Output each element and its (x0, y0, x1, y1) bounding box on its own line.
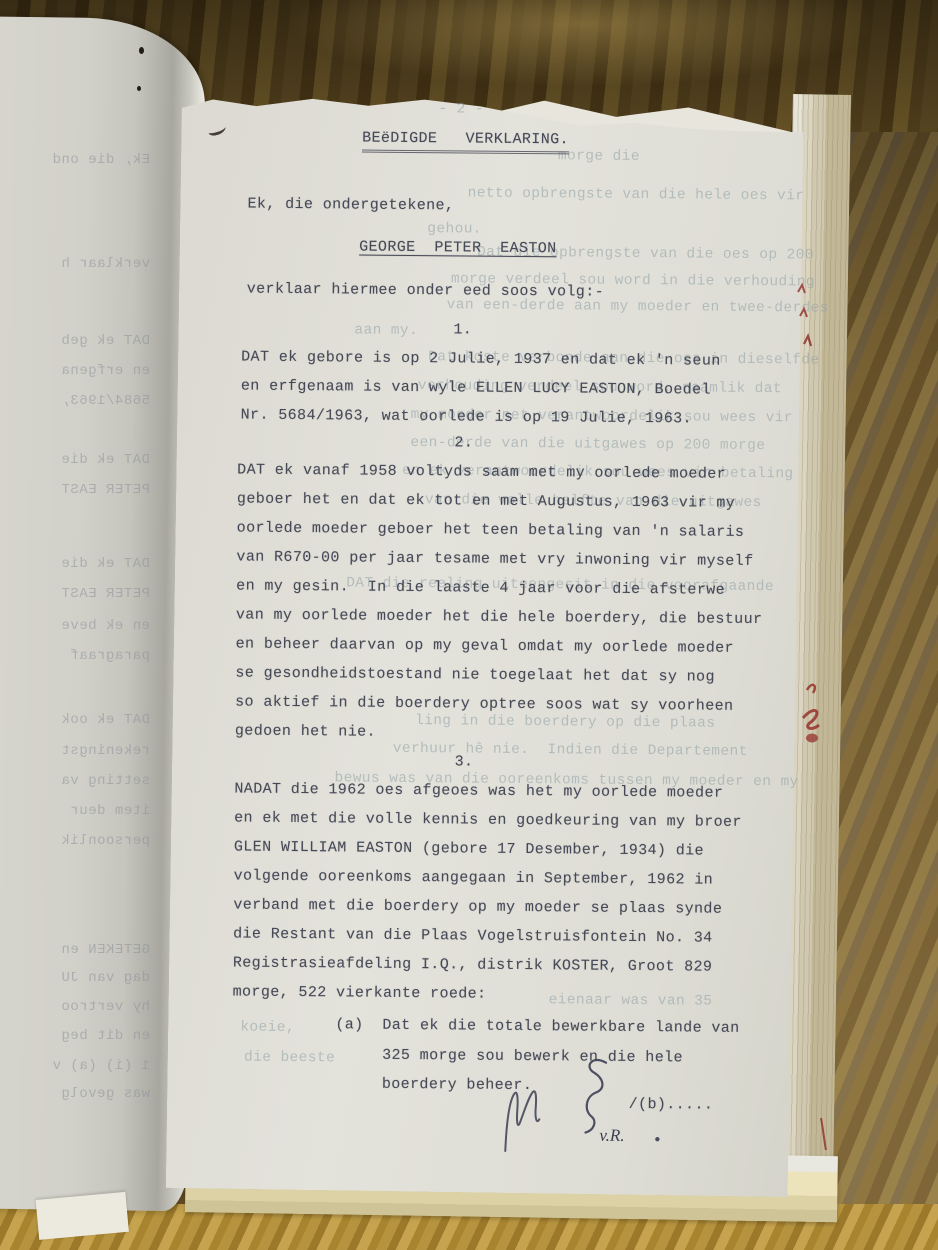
typed-line: BEëDIGDE VERKLARING. (362, 130, 569, 155)
photo-of-document: Ek, die ondverklaar hDAT ek geben erfgen… (0, 0, 938, 1250)
typed-text-layer: - 2 -morge dienetto opbrengste van die h… (0, 0, 938, 1250)
typed-line: van my oorlede moeder het die hele boerd… (236, 606, 763, 628)
typed-line: Registrasieafdeling I.Q., distrik KOSTER… (233, 954, 713, 975)
bleedthrough-line: ling in die boerdery op die plaas (415, 713, 715, 732)
bleedthrough-line: - 2 - (438, 101, 484, 117)
typed-line: GLEN WILLIAM EASTON (gebore 17 Desember,… (234, 838, 704, 859)
typed-line: so aktief in die boerdery optree soos wa… (235, 693, 733, 714)
dark-speck-1 (139, 47, 144, 54)
red-check-ticks (790, 282, 824, 362)
typed-line: DAT ek gebore is op 2 Julie, 1937 en dat… (241, 348, 721, 369)
bleedthrough-line: koeie, (240, 1020, 295, 1036)
typed-line: Ek, die ondergetekene, (247, 196, 454, 215)
typed-line: gedoen het nie. (235, 722, 376, 740)
typed-line: NADAT die 1962 oes afgeoes was het my oo… (234, 780, 723, 801)
typed-line: morge, 522 vierkante roede: (233, 983, 487, 1002)
typed-line: verband met die boerdery op my moeder se… (233, 896, 722, 917)
bleedthrough-line: netto opbrengste van die hele oes vir (468, 185, 805, 204)
dark-speck-2 (137, 86, 141, 91)
typed-line: en erfgenaam is van wyle ELLEN LUCY EAST… (241, 377, 711, 398)
typed-line: DAT ek vanaf 1958 voltyds saam met my oo… (237, 461, 726, 482)
bleedthrough-line: morge die (558, 148, 640, 165)
typed-line: 1. (453, 321, 472, 338)
typed-line: 3. (455, 753, 474, 770)
typed-line: 2. (454, 434, 473, 451)
typed-line: GEORGE PETER EASTON (359, 239, 557, 258)
bleedthrough-line: verhuur hê nie. Indien die Departement (393, 741, 748, 760)
typed-line: oorlede moeder geboer het teen betaling … (237, 519, 745, 540)
typed-line: volgende ooreenkoms aangegaan in Septemb… (234, 867, 714, 888)
signature-initials-vr: v.R. (565, 1054, 676, 1150)
red-dash-bottom-right (816, 1114, 832, 1154)
typed-line: se gesondheidstoestand nie toegelaat het… (235, 664, 715, 685)
bleedthrough-line: eienaar was van 35 (549, 992, 713, 1009)
bleedthrough-line: aan my. (354, 322, 418, 339)
typed-line: Nr. 5684/1963, wat oorlede is op 19 Juli… (241, 406, 692, 427)
bleedthrough-line: gehou. (427, 221, 482, 237)
typed-line: die Restant van die Plaas Vogelstruisfon… (233, 925, 713, 946)
typed-line: (a) Dat ek die totale bewerkbare lande v… (335, 1016, 739, 1037)
typed-line: geboer het en dat ek tot en met Augustus… (237, 490, 735, 511)
typed-line: van R670-00 per jaar tesame met vry inwo… (236, 548, 753, 570)
typed-line: en beheer daarvan op my geval omdat my o… (236, 635, 734, 656)
bleedthrough-line: die beeste (244, 1050, 335, 1067)
typed-line: en my gesin. In die laaste 4 jaar voor d… (236, 577, 725, 598)
bleedthrough-line: van een-derde aan my moeder en twee-derd… (447, 297, 829, 316)
red-scribble-annotation (795, 672, 839, 764)
typed-line: en ek met die volle kennis en goedkeurin… (234, 809, 742, 830)
typed-line: verklaar hiermee onder eed soos volg:- (247, 281, 604, 301)
signature-vr-label: v.R. (599, 1126, 624, 1145)
